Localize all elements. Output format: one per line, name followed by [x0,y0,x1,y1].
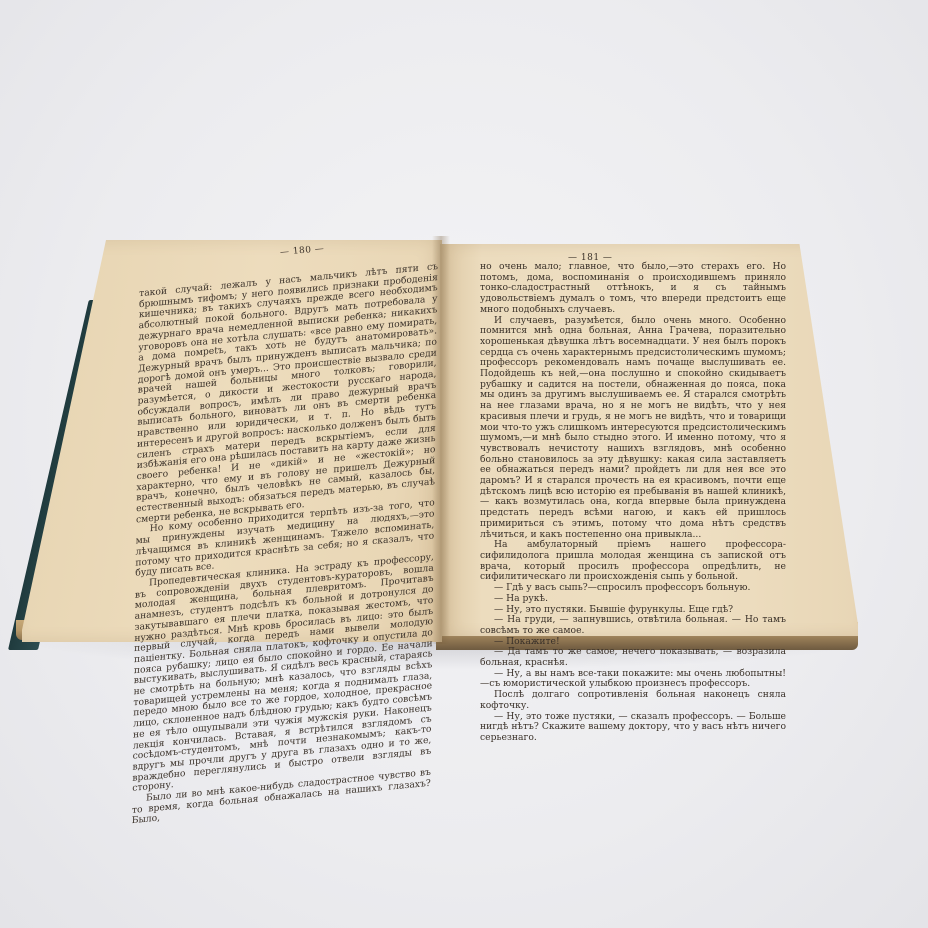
right-page-text: но очень мало; главное, что было,—это ст… [480,262,786,744]
paragraph: — На груди, — запнувшись, отвѣтила больн… [480,615,786,636]
paragraph: — На рукѣ. [480,594,786,605]
left-page-text: такой случай: лежалъ у насъ мальчикъ лѣт… [132,262,438,827]
paragraph: — Ну, а вы намъ все-таки покажите: мы оч… [480,669,786,690]
paragraph: На амбулаторный пріемъ нашего профессора… [480,540,786,583]
paragraph: Пропедевтическая клиника. На эстраду къ … [132,553,434,795]
paragraph: но очень мало; главное, что было,—это ст… [480,262,786,316]
paragraph: И случаевъ, разумѣется, было очень много… [480,316,786,541]
paragraph: — Ну, это тоже пустяки, — сказалъ профес… [480,712,786,744]
paragraph: Послѣ долгаго сопротивленія больная нако… [480,690,786,711]
paragraph: такой случай: лежалъ у насъ мальчикъ лѣт… [136,262,438,526]
paragraph: — Да тамъ то же самое, нечего показывать… [480,647,786,668]
